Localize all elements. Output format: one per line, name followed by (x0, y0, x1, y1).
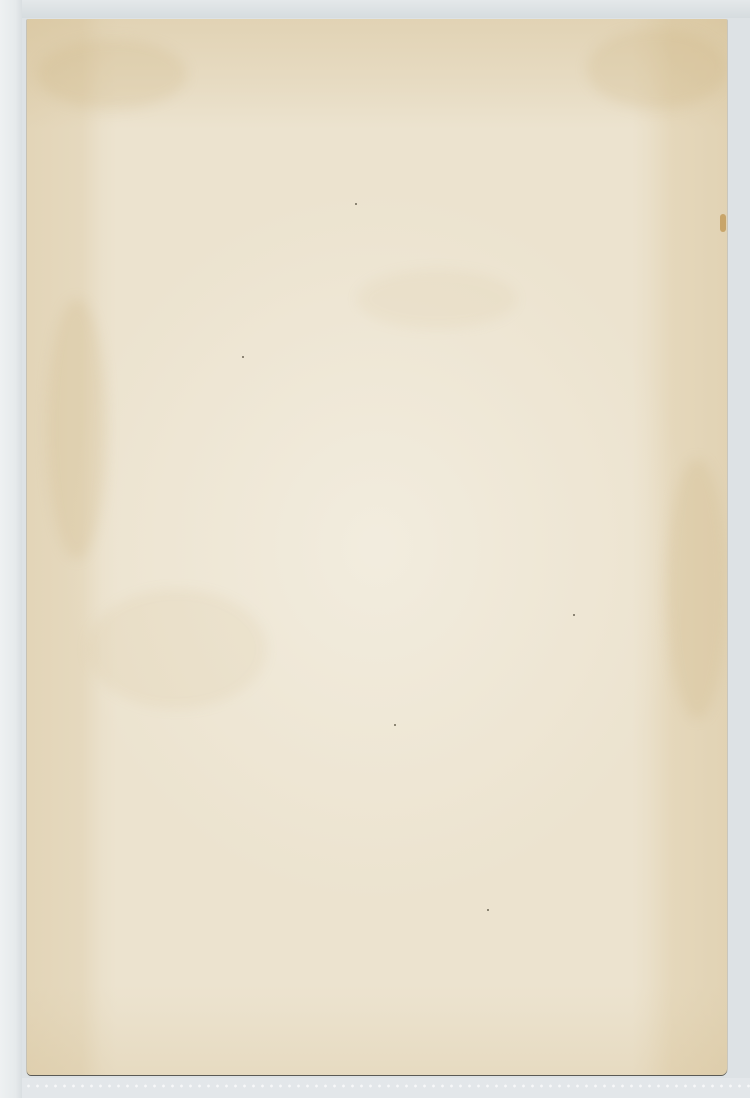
stain-top-left (37, 39, 187, 109)
speck (394, 724, 396, 726)
stain-lower-left (87, 589, 267, 709)
speck (242, 356, 244, 358)
speck (487, 909, 489, 911)
stain-right-mid (667, 459, 727, 719)
edge-nick (720, 214, 726, 232)
water-stain-border (27, 19, 727, 1075)
sleeve-perforation (24, 1084, 750, 1088)
sleeve-bottom-strip (22, 1078, 750, 1098)
speck (355, 203, 357, 205)
speck (573, 614, 575, 616)
stain-top-right (587, 29, 727, 109)
aged-paper-card (27, 19, 727, 1075)
sleeve-left-edge (0, 0, 22, 1098)
stain-center-faint (357, 269, 517, 329)
sleeve-top-edge (22, 0, 750, 18)
stain-left-mid (47, 299, 107, 559)
